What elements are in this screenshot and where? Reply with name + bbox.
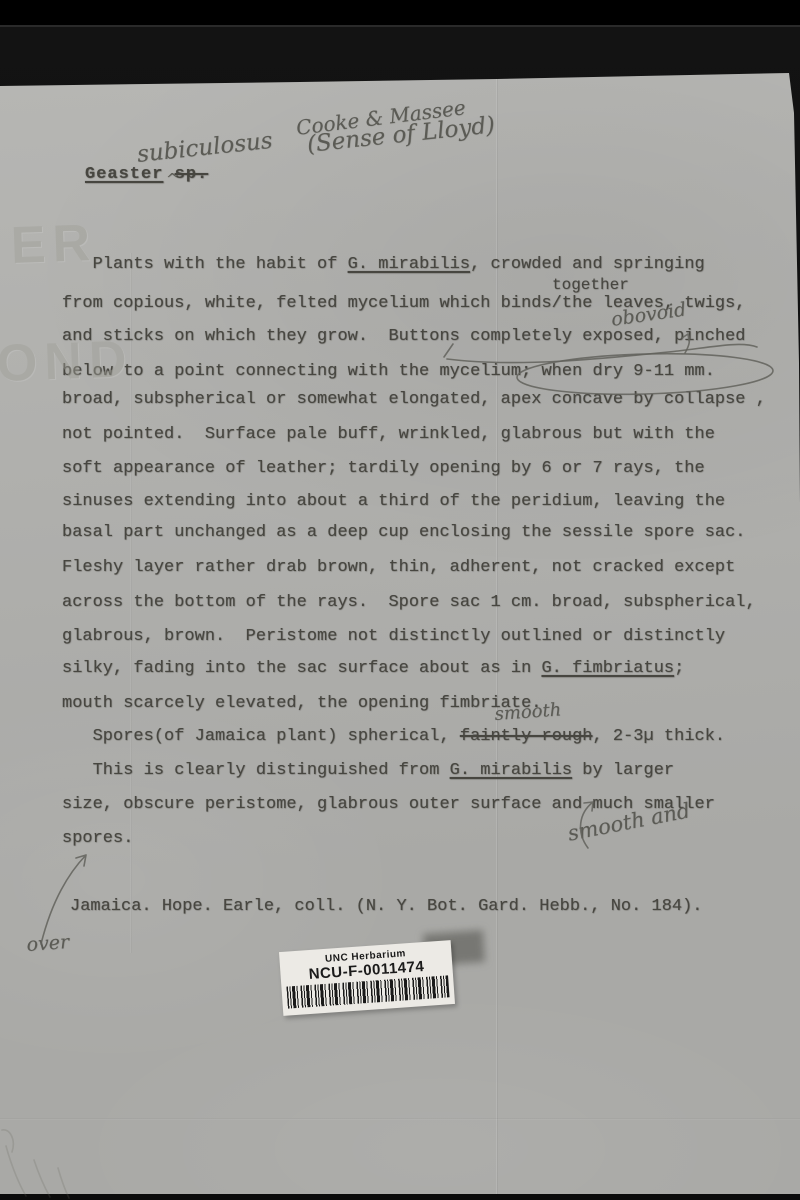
typed-line: not pointed. Surface pale buff, wrinkled… bbox=[62, 426, 715, 443]
typed-line: Jamaica. Hope. Earle, coll. (N. Y. Bot. … bbox=[70, 898, 703, 915]
handwritten-smooth: smooth bbox=[494, 701, 562, 724]
typed-line: spores. bbox=[62, 830, 133, 847]
typed-line: below to a point connecting with the myc… bbox=[62, 363, 715, 380]
insertion-caret: ^ bbox=[166, 172, 179, 187]
typed-line: sinuses extending into about a third of … bbox=[62, 493, 725, 510]
ghost-stamp-er: ER bbox=[10, 217, 98, 272]
horizontal-fold-crease bbox=[0, 1118, 800, 1120]
scanned-document: Geaster sp. Plants with the habit of G. … bbox=[0, 0, 800, 1200]
typed-line: Fleshy layer rather drab brown, thin, ad… bbox=[62, 559, 735, 576]
typed-line: mouth scarcely elevated, the opening fim… bbox=[62, 695, 541, 712]
typed-line: Spores(of Jamaica plant) spherical, fain… bbox=[62, 728, 725, 745]
ghost-stamp-ond: OND bbox=[0, 333, 134, 390]
typed-line: silky, fading into the sac surface about… bbox=[62, 660, 684, 677]
typed-line: glabrous, brown. Peristome not distinctl… bbox=[62, 628, 725, 645]
handwritten-over: over bbox=[26, 933, 70, 955]
typed-line: across the bottom of the rays. Spore sac… bbox=[62, 594, 756, 611]
document-title: Geaster sp. bbox=[85, 166, 208, 183]
typed-insertion-together: together bbox=[552, 277, 629, 293]
herbarium-barcode-label: UNC Herbarium NCU-F-0011474 bbox=[279, 940, 455, 1016]
typed-line: Plants with the habit of G. mirabilis, c… bbox=[62, 256, 705, 273]
typed-line: size, obscure peristome, glabrous outer … bbox=[62, 796, 715, 813]
typed-line: soft appearance of leather; tardily open… bbox=[62, 460, 705, 477]
typed-line: basal part unchanged as a deep cup enclo… bbox=[62, 524, 746, 541]
typed-line: broad, subspherical or somewhat elongate… bbox=[62, 391, 766, 408]
typed-line: and sticks on which they grow. Buttons c… bbox=[62, 328, 746, 345]
typed-line: This is clearly distinguished from G. mi… bbox=[62, 762, 674, 779]
